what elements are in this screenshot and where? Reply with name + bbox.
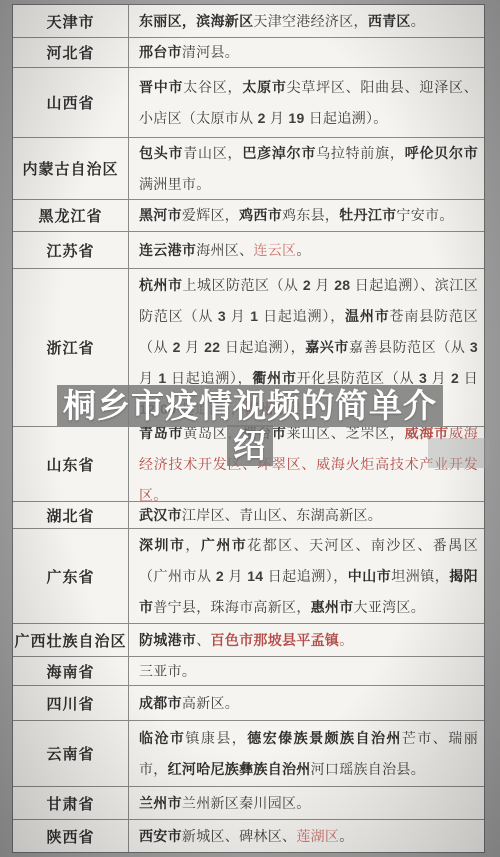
table-row: 云南省临沧市镇康县，德宏傣族景颇族自治州芒市、瑞丽市，红河哈尼族彝族自治州河口瑶… [13,721,484,787]
table-row: 天津市东丽区，滨海新区天津空港经济区，西青区。 [13,5,484,38]
watermark-caption-box: 桐乡市疫情视频的简单介绍 [54,386,446,466]
areas-cell: 包头市青山区，巴彦淖尔市乌拉特前旗，呼伦贝尔市满洲里市。 [129,138,484,199]
province-cell: 广西壮族自治区 [13,624,129,656]
areas-cell: 兰州市兰州新区秦川园区。 [129,787,484,819]
areas-cell: 深圳市，广州市花都区、天河区、南沙区、番禺区（广州市从 2 月 14 日起追溯）… [129,529,484,623]
watermark-caption: 桐乡市疫情视频的简单介绍 [0,386,500,466]
province-cell: 四川省 [13,686,129,720]
areas-cell: 武汉市江岸区、青山区、东湖高新区。 [129,502,484,528]
areas-cell: 晋中市太谷区，太原市尖草坪区、阳曲县、迎泽区、小店区（太原市从 2 月 19 日… [129,68,484,137]
province-cell: 广东省 [13,529,129,623]
province-cell: 山西省 [13,68,129,137]
areas-cell: 防城港市、百色市那坡县平孟镇。 [129,624,484,656]
watermark-text: 桐乡市疫情视频的简单介绍 [57,385,443,466]
province-cell: 陕西省 [13,820,129,852]
table-row: 江苏省连云港市海州区、连云区。 [13,232,484,269]
province-cell: 内蒙古自治区 [13,138,129,199]
areas-cell: 临沧市镇康县，德宏傣族景颇族自治州芒市、瑞丽市，红河哈尼族彝族自治州河口瑶族自治… [129,721,484,786]
province-cell: 云南省 [13,721,129,786]
table-row: 湖北省武汉市江岸区、青山区、东湖高新区。 [13,502,484,529]
table-row: 广西壮族自治区防城港市、百色市那坡县平孟镇。 [13,624,484,657]
province-cell: 黑龙江省 [13,200,129,231]
province-cell: 江苏省 [13,232,129,268]
areas-cell: 三亚市。 [129,657,484,685]
province-cell: 湖北省 [13,502,129,528]
table-row: 甘肃省兰州市兰州新区秦川园区。 [13,787,484,820]
province-cell: 甘肃省 [13,787,129,819]
table-row: 四川省成都市高新区。 [13,686,484,721]
table-row: 广东省深圳市，广州市花都区、天河区、南沙区、番禺区（广州市从 2 月 14 日起… [13,529,484,624]
areas-cell: 邢台市清河县。 [129,38,484,67]
areas-cell: 西安市新城区、碑林区、莲湖区。 [129,820,484,852]
table-row: 黑龙江省黑河市爱辉区，鸡西市鸡东县，牡丹江市宁安市。 [13,200,484,232]
table-row: 陕西省西安市新城区、碑林区、莲湖区。 [13,820,484,852]
table-row: 海南省三亚市。 [13,657,484,686]
province-cell: 天津市 [13,5,129,37]
areas-cell: 连云港市海州区、连云区。 [129,232,484,268]
areas-cell: 成都市高新区。 [129,686,484,720]
province-cell: 河北省 [13,38,129,67]
table-row: 山西省晋中市太谷区，太原市尖草坪区、阳曲县、迎泽区、小店区（太原市从 2 月 1… [13,68,484,138]
table-row: 内蒙古自治区包头市青山区，巴彦淖尔市乌拉特前旗，呼伦贝尔市满洲里市。 [13,138,484,200]
province-cell: 海南省 [13,657,129,685]
areas-cell: 黑河市爱辉区，鸡西市鸡东县，牡丹江市宁安市。 [129,200,484,231]
areas-cell: 东丽区，滨海新区天津空港经济区，西青区。 [129,5,484,37]
table-row: 河北省邢台市清河县。 [13,38,484,68]
